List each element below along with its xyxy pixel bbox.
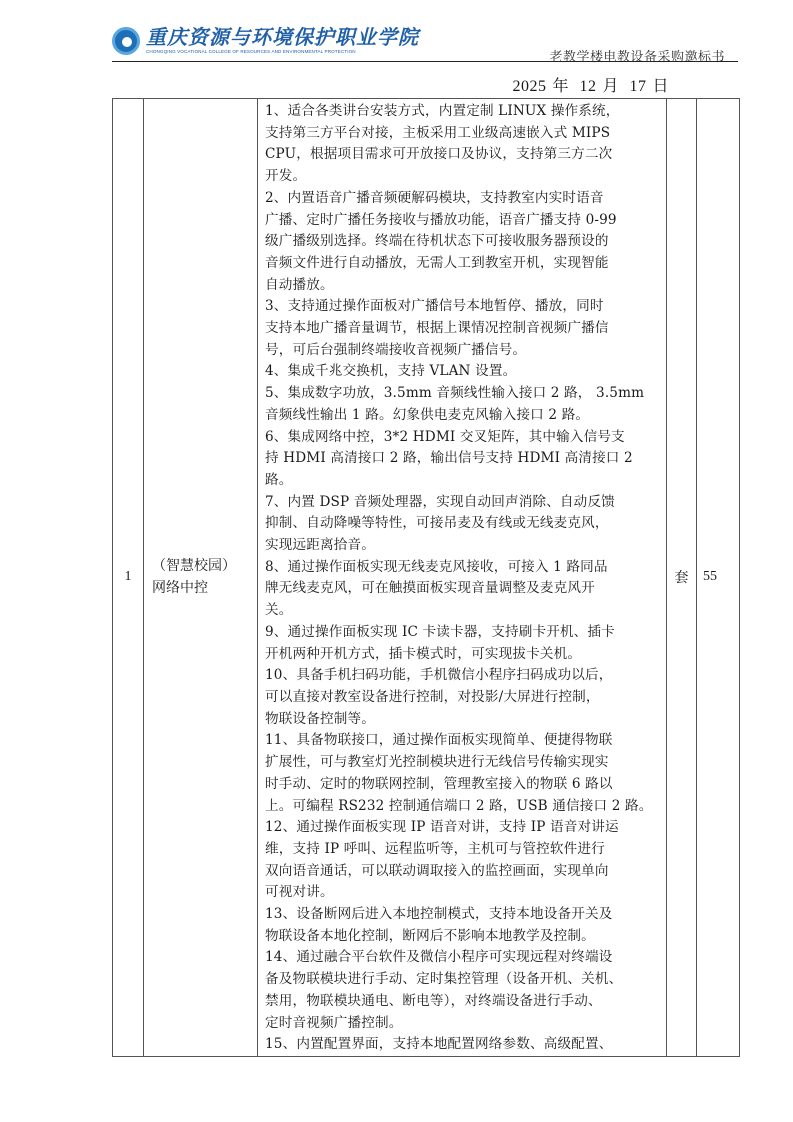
spec-line: 音频线性输出 1 路。幻象供电麦克风输入接口 2 路。 xyxy=(265,405,662,427)
spec-line: 7、内置 DSP 音频处理器，实现自动回声消除、自动反馈 xyxy=(265,492,662,514)
spec-line: 4、集成千兆交换机，支持 VLAN 设置。 xyxy=(265,361,662,383)
spec-line: 15、内置配置界面，支持本地配置网络参数、高级配置、 xyxy=(265,1034,662,1056)
spec-line: 广播、定时广播任务接收与播放功能，语音广播支持 0-99 xyxy=(265,210,662,232)
spec-line: 禁用，物联模块通电、断电等），对终端设备进行手动、 xyxy=(265,991,662,1013)
spec-line: 实现远距离拾音。 xyxy=(265,535,662,557)
spec-line: 6、集成网络中控，3*2 HDMI 交叉矩阵，其中输入信号支 xyxy=(265,427,662,449)
spec-line: CPU，根据项目需求可开放接口及协议，支持第三方二次 xyxy=(265,144,662,166)
spec-line: 开发。 xyxy=(265,166,662,188)
item-unit: 套 xyxy=(667,99,697,1057)
spec-line: 可视对讲。 xyxy=(265,882,662,904)
spec-line: 5、集成数字功放，3.5mm 音频线性输入接口 2 路， 3.5mm xyxy=(265,383,662,405)
document-date: 2025年 12月 17日 xyxy=(512,73,669,96)
spec-line: 抑制、自动降噪等特性，可接吊麦及有线或无线麦克风， xyxy=(265,513,662,535)
spec-line: 2、内置语音广播音频硬解码模块，支持教室内实时语音 xyxy=(265,188,662,210)
spec-line: 上。可编程 RS232 控制通信端口 2 路，USB 通信接口 2 路。 xyxy=(265,796,662,818)
spec-line: 物联设备本地化控制，断网后不影响本地教学及控制。 xyxy=(265,926,662,948)
spec-line: 双向语音通话，可以联动调取接入的监控画面，实现单向 xyxy=(265,861,662,883)
date-day-unit: 日 xyxy=(652,78,669,95)
spec-line: 号，可后台强制终端接收音视频广播信号。 xyxy=(265,340,662,362)
spec-line: 时手动、定时的物联网控制，管理教室接入的物联 6 路以 xyxy=(265,774,662,796)
spec-line: 支持本地广播音量调节，根据上课情况控制音视频广播信 xyxy=(265,318,662,340)
school-emblem-icon xyxy=(112,27,140,55)
spec-line: 9、通过操作面板实现 IC 卡读卡器，支持刷卡开机、插卡 xyxy=(265,622,662,644)
spec-line: 自动播放。 xyxy=(265,275,662,297)
date-month-unit: 月 xyxy=(602,78,619,95)
date-month: 12 xyxy=(579,78,596,95)
item-index: 1 xyxy=(113,99,144,1057)
spec-line: 可以直接对教室设备进行控制，对投影/大屏进行控制， xyxy=(265,687,662,709)
date-year-unit: 年 xyxy=(552,78,569,95)
spec-line: 10、具备手机扫码功能，手机微信小程序扫码成功以后， xyxy=(265,665,662,687)
spec-line: 14、通过融合平台软件及微信小程序可实现远程对终端设 xyxy=(265,947,662,969)
header-divider xyxy=(112,61,738,62)
item-name-product: 网络中控 xyxy=(152,577,257,599)
spec-line: 11、具备物联接口，通过操作面板实现简单、便捷得物联 xyxy=(265,730,662,752)
spec-line: 牌无线麦克风，可在触摸面板实现音量调整及麦克风开 xyxy=(265,578,662,600)
spec-line: 3、支持通过操作面板对广播信号本地暂停、播放，同时 xyxy=(265,296,662,318)
spec-line: 音频文件进行自动播放，无需人工到教室开机，实现智能 xyxy=(265,253,662,275)
item-name: （智慧校园） 网络中控 xyxy=(144,99,258,1057)
school-name: 重庆资源与环境保护职业学院 xyxy=(146,26,419,48)
item-quantity: 55 xyxy=(697,99,740,1057)
spec-line: 支持第三方平台对接，主板采用工业级高速嵌入式 MIPS xyxy=(265,123,662,145)
spec-line: 13、设备断网后进入本地控制模式，支持本地设备开关及 xyxy=(265,904,662,926)
item-specification: 1、适合各类讲台安装方式，内置定制 LINUX 操作系统，支持第三方平台对接，主… xyxy=(258,99,667,1057)
spec-line: 级广播级别选择。终端在待机状态下可接收服务器预设的 xyxy=(265,231,662,253)
spec-line: 关。 xyxy=(265,600,662,622)
spec-line: 持 HDMI 高清接口 2 路，输出信号支持 HDMI 高清接口 2 xyxy=(265,448,662,470)
item-name-category: （智慧校园） xyxy=(152,555,257,577)
spec-line: 12、通过操作面板实现 IP 语音对讲，支持 IP 语音对讲运 xyxy=(265,817,662,839)
document-title: 老教学楼电教设备采购邀标书 xyxy=(549,46,725,65)
spec-line: 8、通过操作面板实现无线麦克风接收，可接入 1 路同品 xyxy=(265,557,662,579)
procurement-spec-table: 1 （智慧校园） 网络中控 1、适合各类讲台安装方式，内置定制 LINUX 操作… xyxy=(112,98,740,1057)
spec-line: 备及物联模块进行手动、定时集控管理（设备开机、关机、 xyxy=(265,969,662,991)
spec-line: 维，支持 IP 呼叫、远程监听等，主机可与管控软件进行 xyxy=(265,839,662,861)
spec-line: 扩展性，可与教室灯光控制模块进行无线信号传输实现实 xyxy=(265,752,662,774)
spec-line: 物联设备控制等。 xyxy=(265,709,662,731)
table-row: 1 （智慧校园） 网络中控 1、适合各类讲台安装方式，内置定制 LINUX 操作… xyxy=(113,99,740,1057)
spec-line: 定时音视频广播控制。 xyxy=(265,1013,662,1035)
spec-line: 开机两种开机方式，插卡模式时，可实现拔卡关机。 xyxy=(265,644,662,666)
school-name-english: CHONGQING VOCATIONAL COLLEGE OF RESOURCE… xyxy=(146,49,356,54)
date-day: 17 xyxy=(629,78,646,95)
spec-line: 1、适合各类讲台安装方式，内置定制 LINUX 操作系统， xyxy=(265,101,662,123)
date-year: 2025 xyxy=(512,78,546,95)
spec-line: 路。 xyxy=(265,470,662,492)
